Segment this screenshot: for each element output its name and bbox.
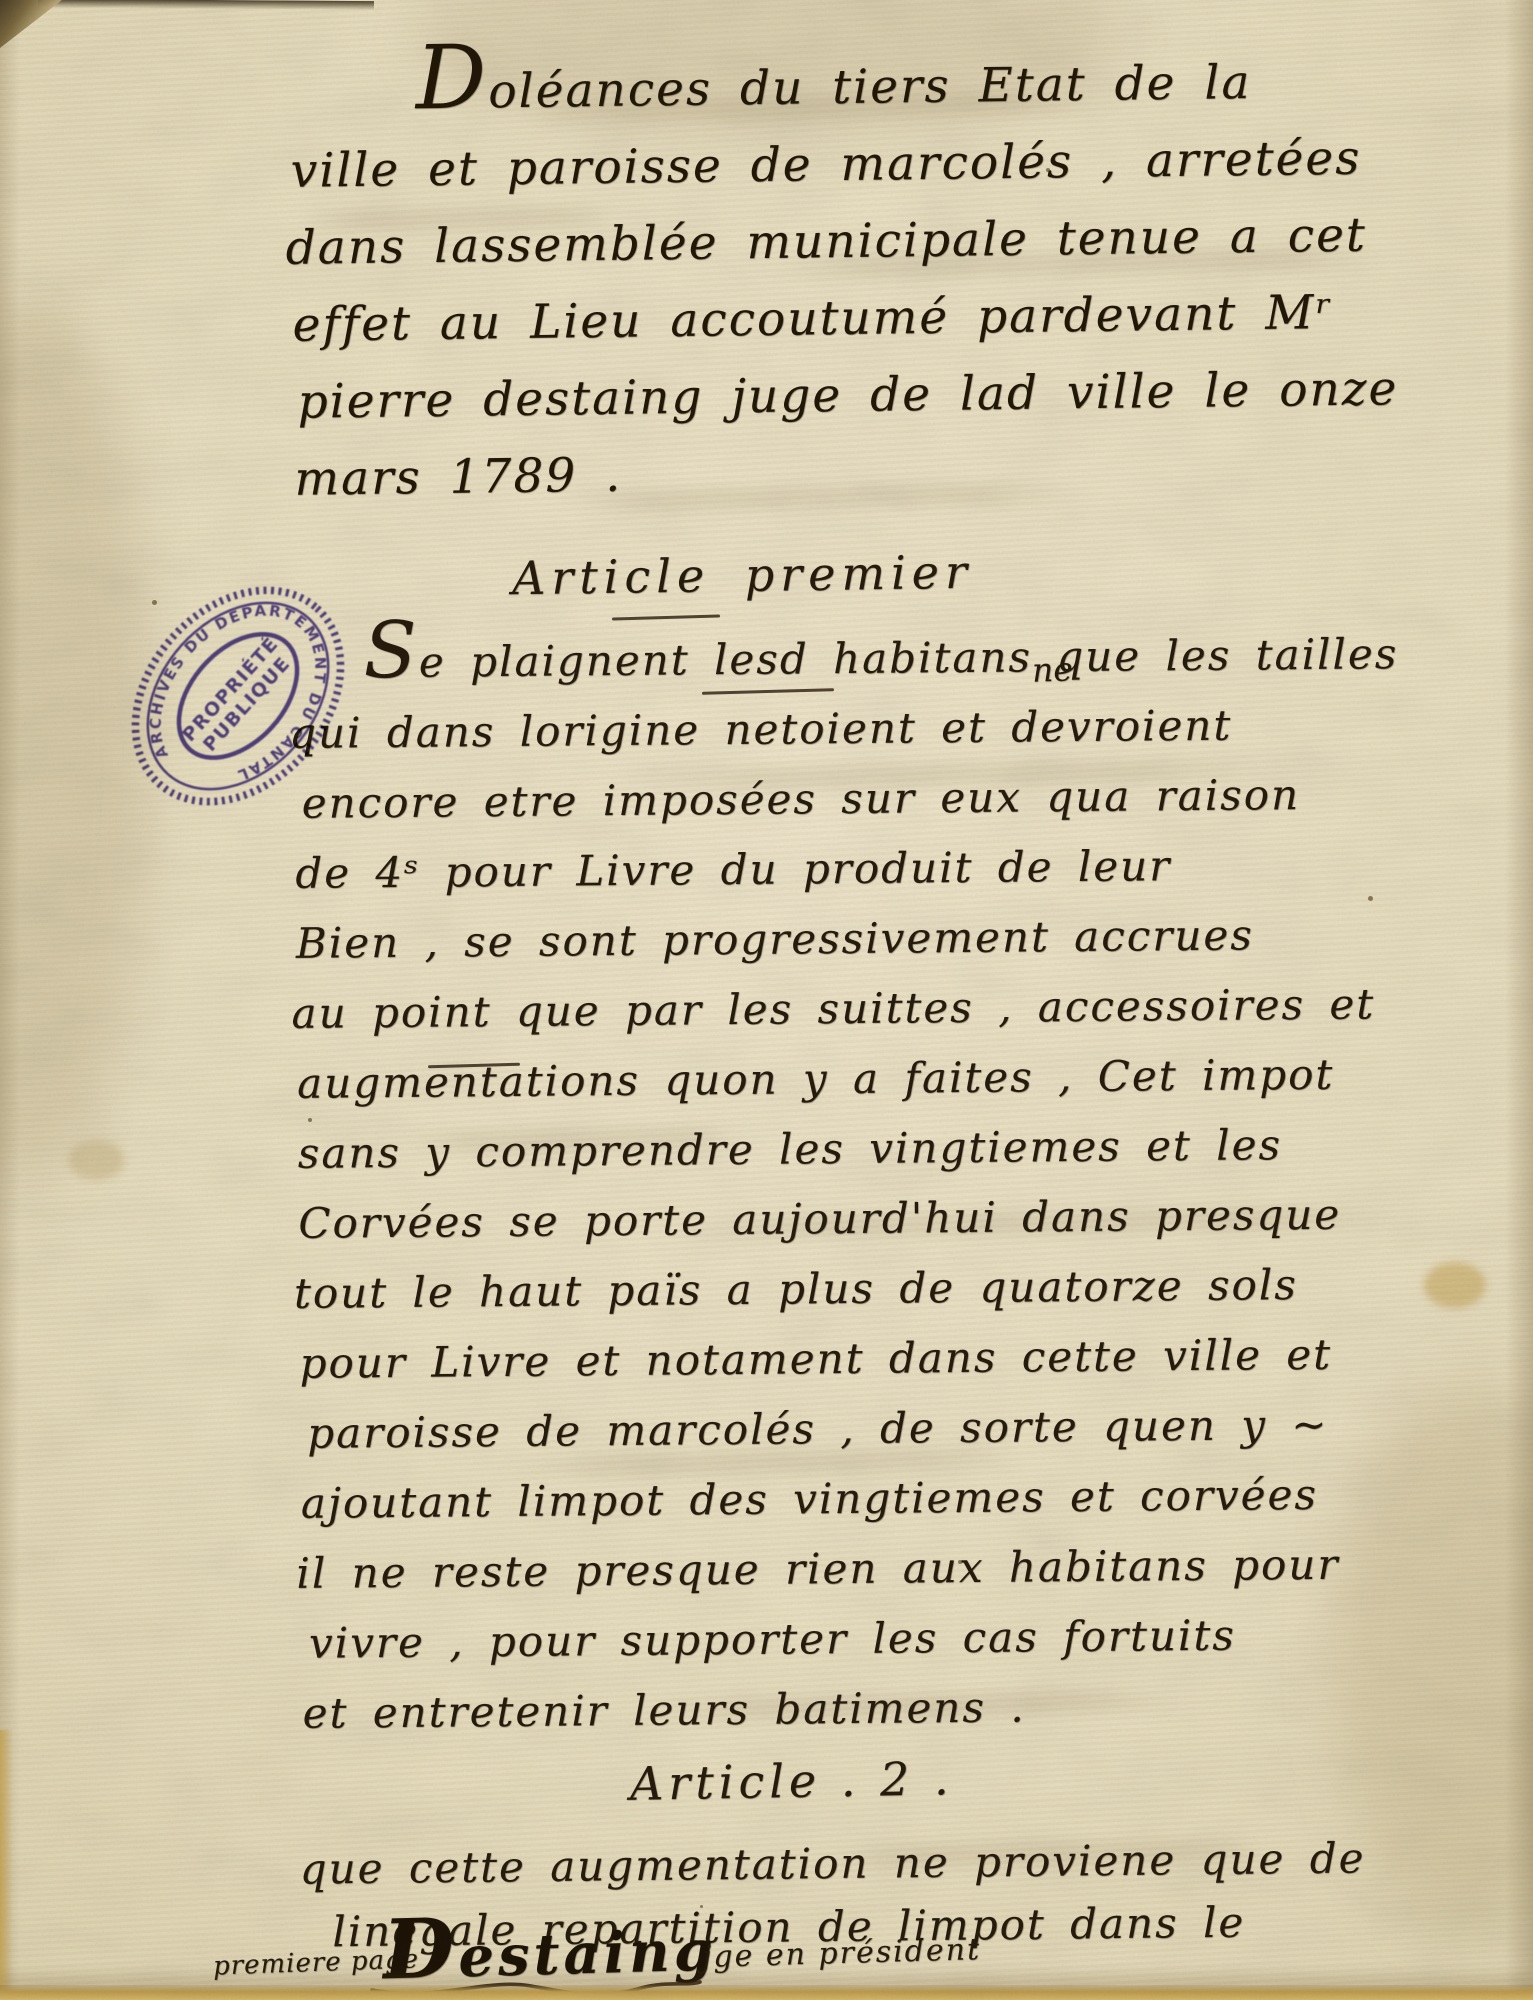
manuscript-line: encore etre imposées sur eux qua raison bbox=[301, 759, 1399, 839]
title-paragraph: Doléances du tiers Etat de la ville et p… bbox=[289, 27, 1400, 517]
manuscript-line: augmentations quon y a faites , Cet impo… bbox=[297, 1039, 1402, 1119]
paper-speck bbox=[308, 1118, 312, 1122]
document-page: Doléances du tiers Etat de la ville et p… bbox=[0, 0, 1533, 2000]
manuscript-line: pierre destaing juge de lad ville le onz… bbox=[297, 350, 1399, 440]
manuscript-line: ville et paroisse de marcolés , arretées bbox=[290, 119, 1396, 209]
signature: Destaing bbox=[382, 1894, 718, 1999]
manuscript-line: mars 1789 . bbox=[294, 427, 1400, 517]
manuscript-line: Bien , se sont progressivement accrues bbox=[296, 899, 1401, 979]
paper-stain bbox=[1424, 1262, 1486, 1308]
manuscript-line: pour Livre et notament dans cette ville … bbox=[299, 1319, 1404, 1399]
signature-title: jge en président bbox=[702, 1932, 982, 1975]
article-1-heading: Article premier bbox=[512, 545, 974, 605]
paper-speck bbox=[958, 1560, 962, 1564]
page-bottom-edge bbox=[0, 1985, 1533, 2000]
manuscript-line: dans lassemblée municipale tenue a cet bbox=[285, 196, 1397, 287]
paper-stain bbox=[68, 1140, 124, 1180]
manuscript-line: et entretenir leurs batimens . bbox=[302, 1669, 1407, 1749]
page-top-edge bbox=[38, 0, 374, 10]
page-right-edge bbox=[1505, 0, 1533, 2000]
manuscript-line: que cette augmentation ne proviene que d… bbox=[299, 1826, 1365, 1900]
manuscript-line: il ne reste presque rien aux habitans po… bbox=[296, 1529, 1406, 1609]
article-2-heading: Article . 2 . bbox=[630, 1751, 954, 1811]
manuscript-line: Doléances du tiers Etat de la bbox=[289, 27, 1395, 132]
manuscript-line: vivre , pour supporter les cas fortuits bbox=[309, 1599, 1407, 1679]
page-left-edge bbox=[0, 0, 20, 2000]
manuscript-line: de 4ˢ pour Livre du produit de leur bbox=[295, 829, 1400, 909]
manuscript-line: effet au Lieu accoutumé pardevant Mʳ bbox=[292, 273, 1398, 363]
interlinear-insertion: ne bbox=[1031, 649, 1073, 689]
manuscript-line: ajoutant limpot des vingtiemes et corvée… bbox=[301, 1459, 1406, 1539]
article-1-paragraph: Se plaignent lesd habitans que les taill… bbox=[293, 607, 1408, 1749]
paper-speck bbox=[1046, 168, 1050, 172]
manuscript-line: Corvées se porte aujourd'hui dans presqu… bbox=[298, 1179, 1403, 1259]
page-bottomleft-edge bbox=[0, 1730, 13, 2000]
manuscript-line: paroisse de marcolés , de sorte quen y ~ bbox=[307, 1389, 1405, 1469]
paper-speck bbox=[152, 600, 157, 605]
paper-speck bbox=[700, 1905, 703, 1908]
paper-speck bbox=[1368, 896, 1373, 901]
manuscript-line: tout le haut païs a plus de quatorze sol… bbox=[294, 1249, 1404, 1329]
manuscript-line: qui dans lorigine netoient et devroient bbox=[289, 689, 1399, 769]
manuscript-line: Se plaignent lesd habitans que les taill… bbox=[293, 607, 1399, 699]
manuscript-line: sans y comprendre les vingtiemes et les bbox=[297, 1109, 1402, 1189]
manuscript-line: au point que par les suittes , accessoir… bbox=[291, 969, 1401, 1049]
